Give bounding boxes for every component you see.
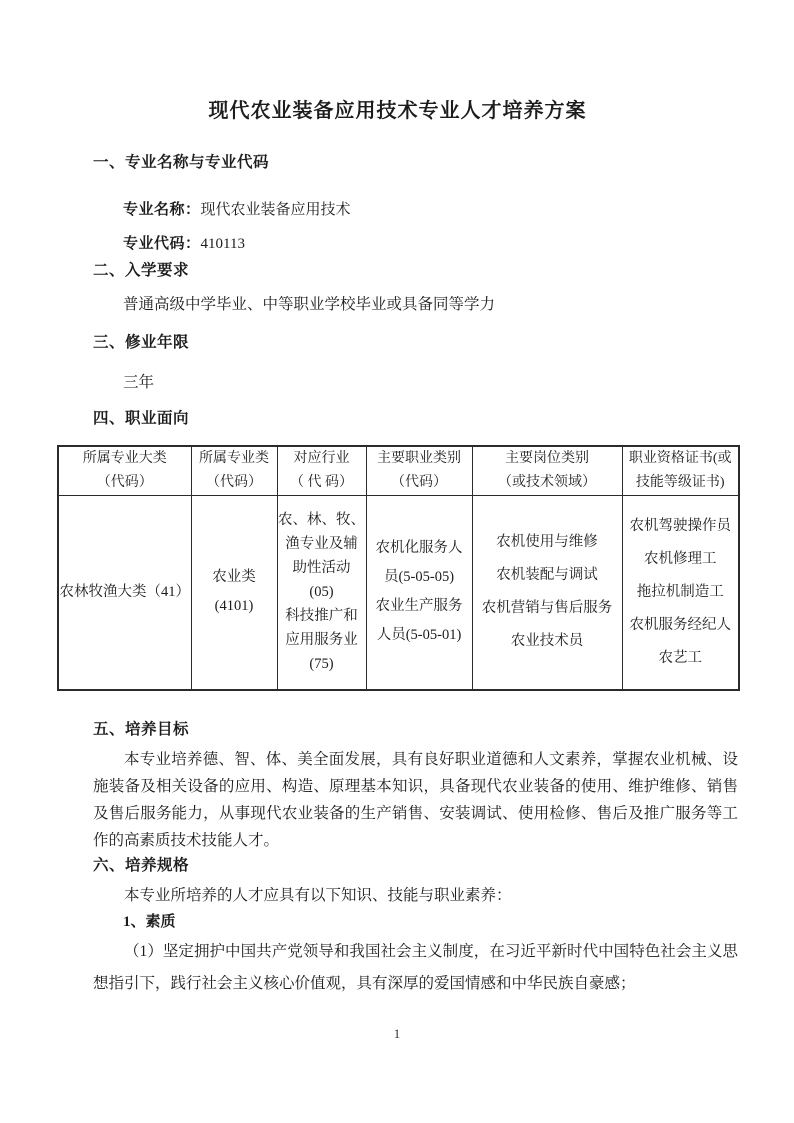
quality-item-1: （1）坚定拥护中国共产党领导和我国社会主义制度，在习近平新时代中国特色社会主义思… [93,936,738,1000]
cell-post-category: 农机使用与维修 农机装配与调试 农机营销与售后服务 农业技术员 [472,496,622,690]
cell-major-category: 农林牧渔大类（41） [58,496,191,690]
major-name-value: 现代农业装备应用技术 [201,202,351,218]
col-header-major-category: 所属专业大类 （代码） [58,446,191,496]
col-header-occupation-category: 主要职业类别 （代码） [366,446,472,496]
section-heading-2: 二、入学要求 [93,260,738,282]
cell-major-class: 农业类 (4101) [191,496,277,690]
major-code-label: 专业代码： [123,235,201,252]
major-name-label: 专业名称： [123,201,201,218]
training-objective-text: 本专业培养德、智、体、美全面发展，具有良好职业道德和人文素养，掌握农业机械、设施… [93,746,738,854]
table-header-row: 所属专业大类 （代码） 所属专业类 （代码） 对应行业 （ 代 码） 主要职业类… [58,446,739,496]
study-duration-text: 三年 [123,372,738,394]
col-header-major-class: 所属专业类 （代码） [191,446,277,496]
entry-requirement-text: 普通高级中学毕业、中等职业学校毕业或具备同等学力 [123,294,738,316]
section-heading-4: 四、职业面向 [93,408,738,430]
major-code-row: 专业代码：410113 [123,233,738,255]
career-orientation-table: 所属专业大类 （代码） 所属专业类 （代码） 对应行业 （ 代 码） 主要职业类… [57,445,740,691]
section-heading-6: 六、培养规格 [93,855,738,877]
page-title: 现代农业装备应用技术专业人才培养方案 [57,97,738,125]
quality-subheading: 1、素质 [93,909,738,936]
section-heading-1: 一、专业名称与专业代码 [93,152,738,174]
col-header-post-category: 主要岗位类别 （或技术领域） [472,446,622,496]
cell-certificates: 农机驾驶操作员 农机修理工 拖拉机制造工 农机服务经纪人 农艺工 [622,496,739,690]
cell-occupation-category: 农机化服务人 员(5-05-05) 农业生产服务 人员(5-05-01) [366,496,472,690]
major-code-value: 410113 [201,236,245,252]
section-heading-3: 三、修业年限 [93,332,738,354]
major-name-row: 专业名称：现代农业装备应用技术 [123,199,738,221]
table-row: 农林牧渔大类（41） 农业类 (4101) 农、林、牧、 渔专业及辅 助性活动 … [58,496,739,690]
col-header-certificates: 职业资格证书(或 技能等级证书) [622,446,739,496]
document-content: 现代农业装备应用技术专业人才培养方案 一、专业名称与专业代码 专业名称：现代农业… [57,97,738,1000]
training-spec-intro: 本专业所培养的人才应具有以下知识、技能与职业素养： [93,882,738,909]
document-page: 现代农业装备应用技术专业人才培养方案 一、专业名称与专业代码 专业名称：现代农业… [0,0,794,1123]
page-number: 1 [0,1026,794,1042]
cell-industry: 农、林、牧、 渔专业及辅 助性活动 (05) 科技推广和 应用服务业 (75) [277,496,366,690]
section-heading-5: 五、培养目标 [93,719,738,741]
col-header-industry: 对应行业 （ 代 码） [277,446,366,496]
